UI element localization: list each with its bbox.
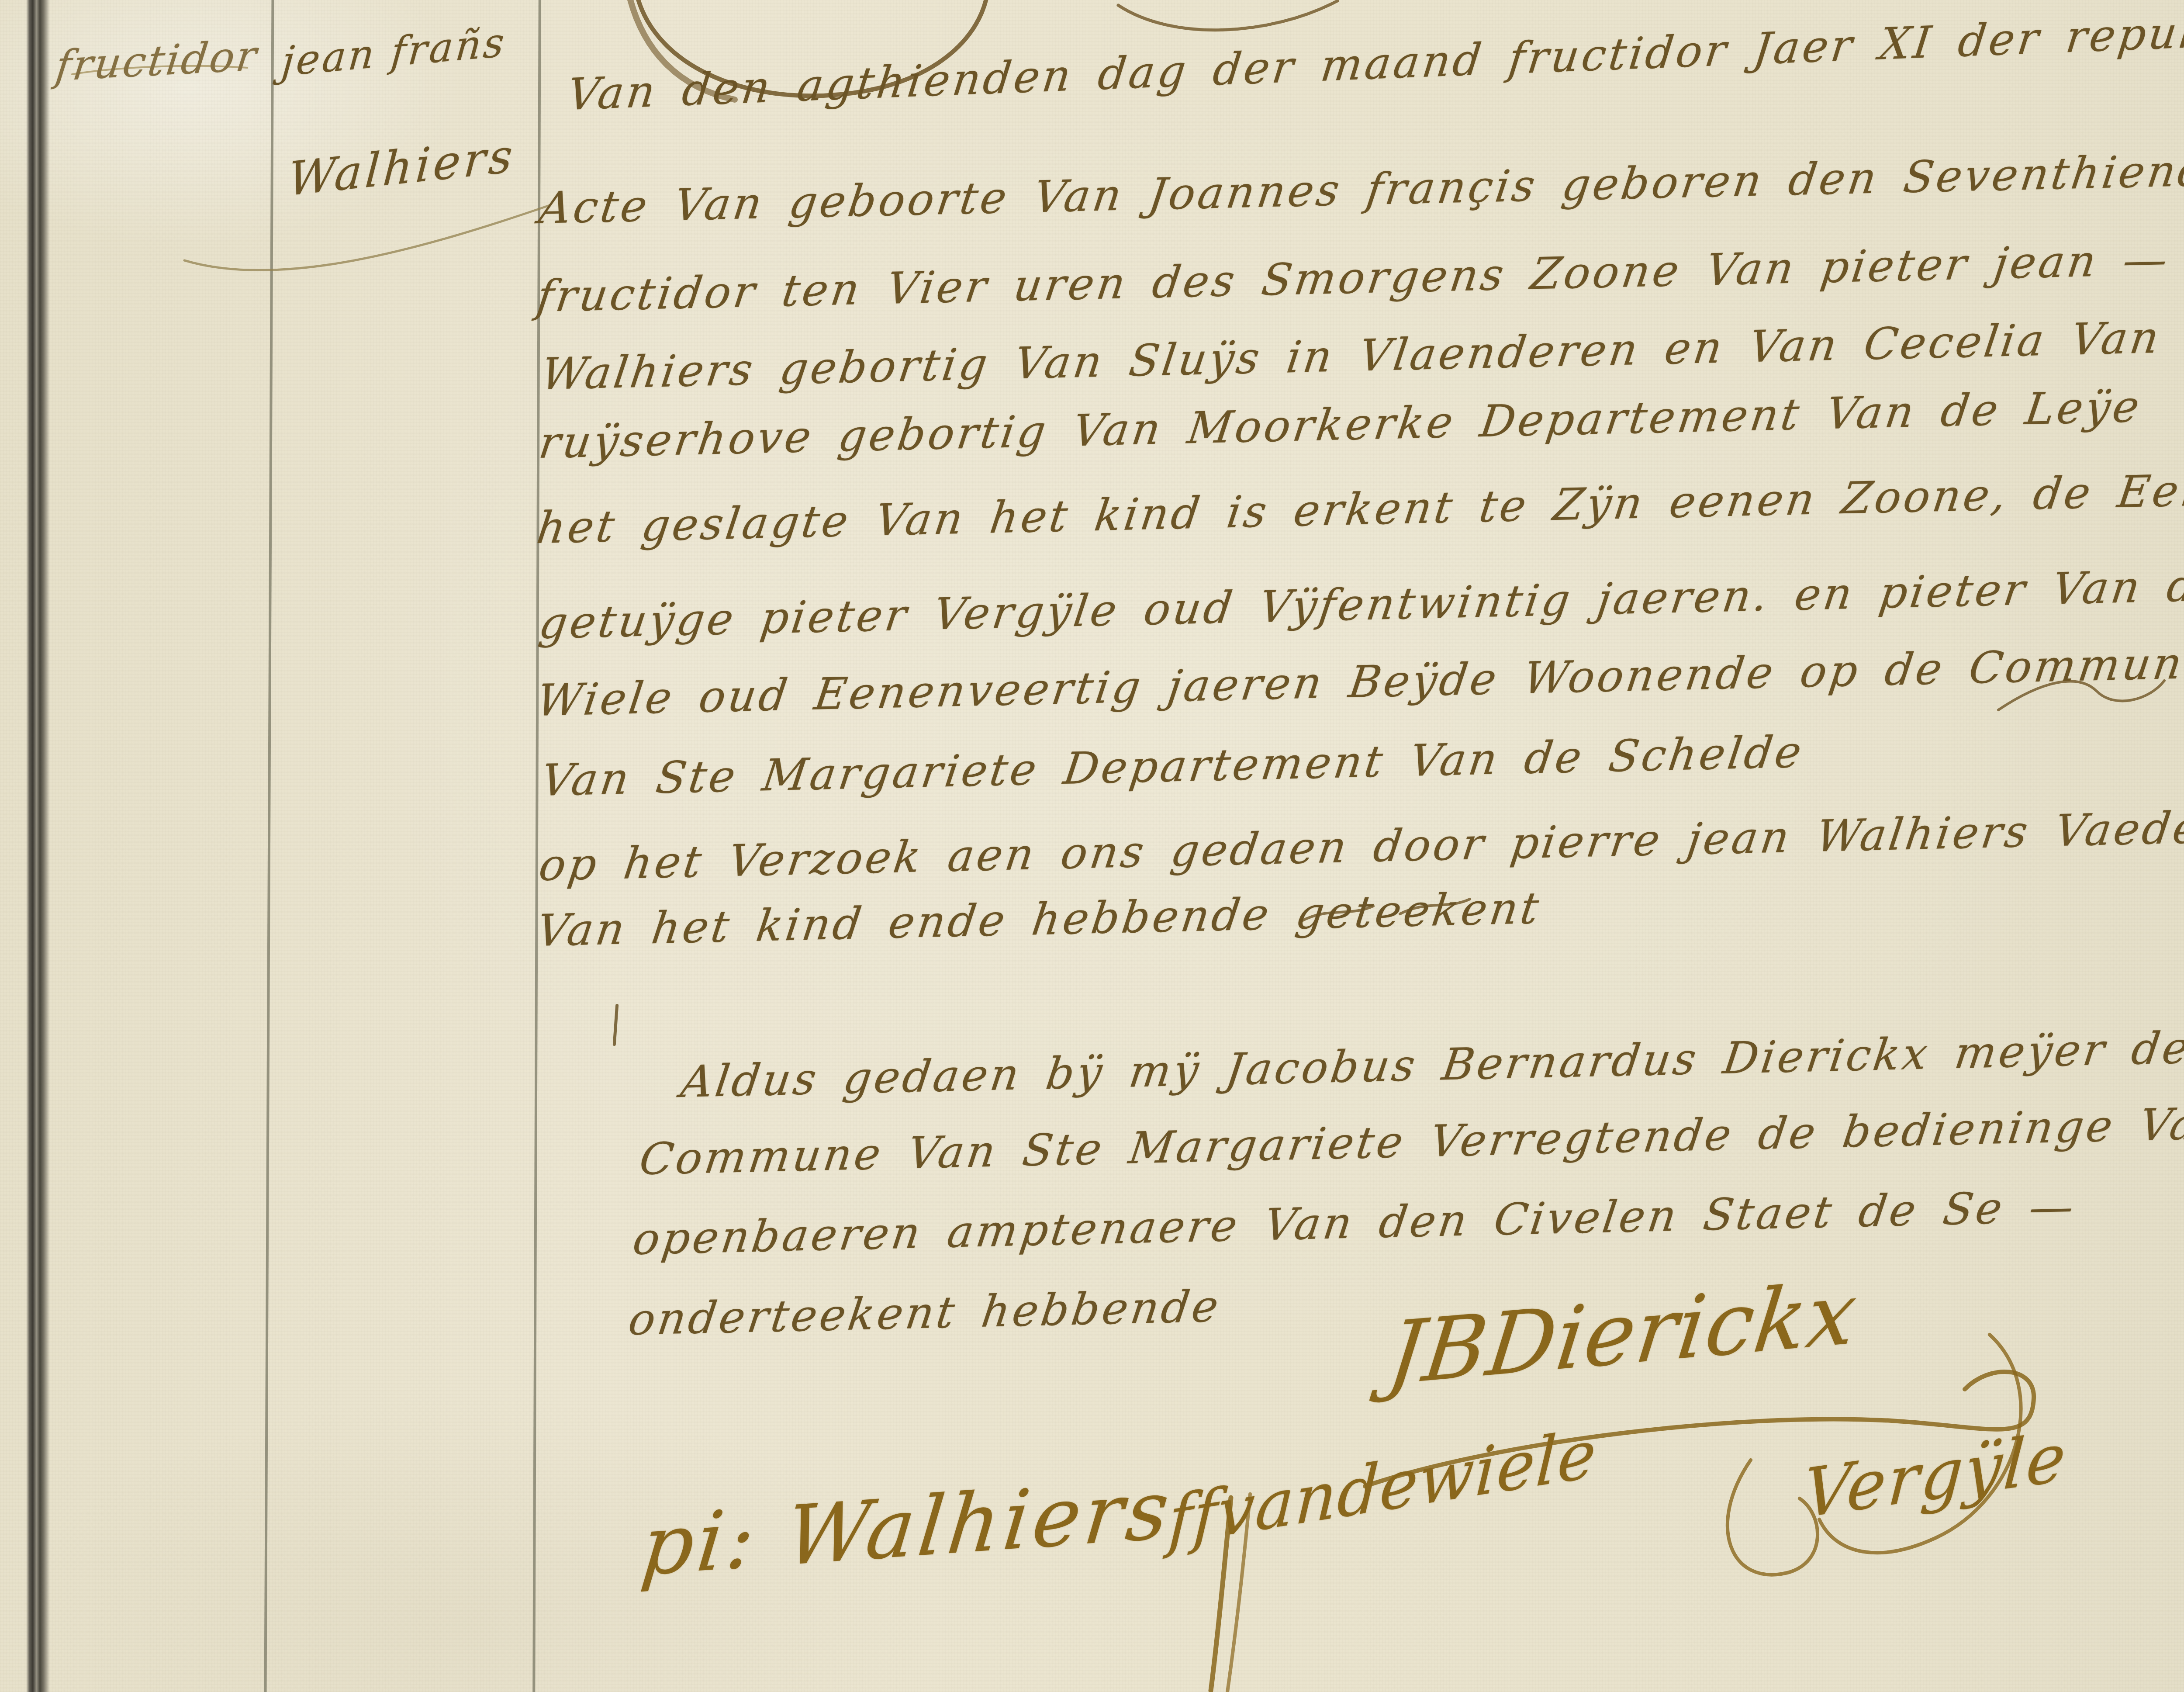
act-closing-line: Commune Van Ste Margariete Verregtende d… xyxy=(636,1097,2184,1185)
act-closing-line: Aldus gedaen bÿ mÿ Jacobus Bernardus Die… xyxy=(678,1021,2184,1108)
act-text-line: Wiele oud Eenenveertig jaeren Beÿde Woon… xyxy=(534,637,2184,727)
registry-page-scan: fructidor jean frañs Walhiers Van den ag… xyxy=(0,0,2184,1692)
stray-ink-mark xyxy=(613,1004,619,1046)
signature-witness-vergyle: Vergÿle xyxy=(1801,1417,2070,1534)
act-text-line: getuÿge pieter Vergÿle oud Vÿfentwintig … xyxy=(536,559,2184,649)
act-text-line: fructidor ten Vier uren des Smorgens Zoo… xyxy=(534,234,2173,322)
act-text-line: Van Ste Margariete Departement Van de Sc… xyxy=(538,726,1807,806)
signature-mayor-dierickx: JBDierickx xyxy=(1383,1263,1863,1406)
act-closing-line: onderteekent hebbende xyxy=(625,1280,1224,1346)
act-text-line: het geslagte Van het kind is erkent te Z… xyxy=(534,463,2184,554)
signature-witness-vandewiele: ffvandewiele xyxy=(1166,1415,1599,1561)
left-margin-double-rule xyxy=(26,0,50,1692)
act-text-line: Acte Van geboorte Van Joannes françis ge… xyxy=(536,143,2184,234)
act-text-line: Van het kind ende hebbende geteekent xyxy=(534,882,1544,957)
child-surname: Walhiers xyxy=(287,128,518,207)
previous-entry-flourish-curve xyxy=(1118,1,1337,30)
signature-father-walhiers: pi: Walhiers xyxy=(637,1461,1177,1595)
child-given-names: jean frañs xyxy=(280,18,508,86)
act-closing-line: openbaeren amptenaere Van den Civelen St… xyxy=(630,1181,2079,1265)
act-text-line: Van den agthienden dag der maand fructid… xyxy=(565,1,2184,121)
name-column-rule xyxy=(532,0,541,1692)
month-column-entry: fructidor xyxy=(53,31,261,91)
act-text-line: op het Verzoek aen ons gedaen door pierr… xyxy=(536,801,2184,891)
month-column-rule xyxy=(264,0,274,1692)
name-underline-flourish xyxy=(184,205,549,270)
